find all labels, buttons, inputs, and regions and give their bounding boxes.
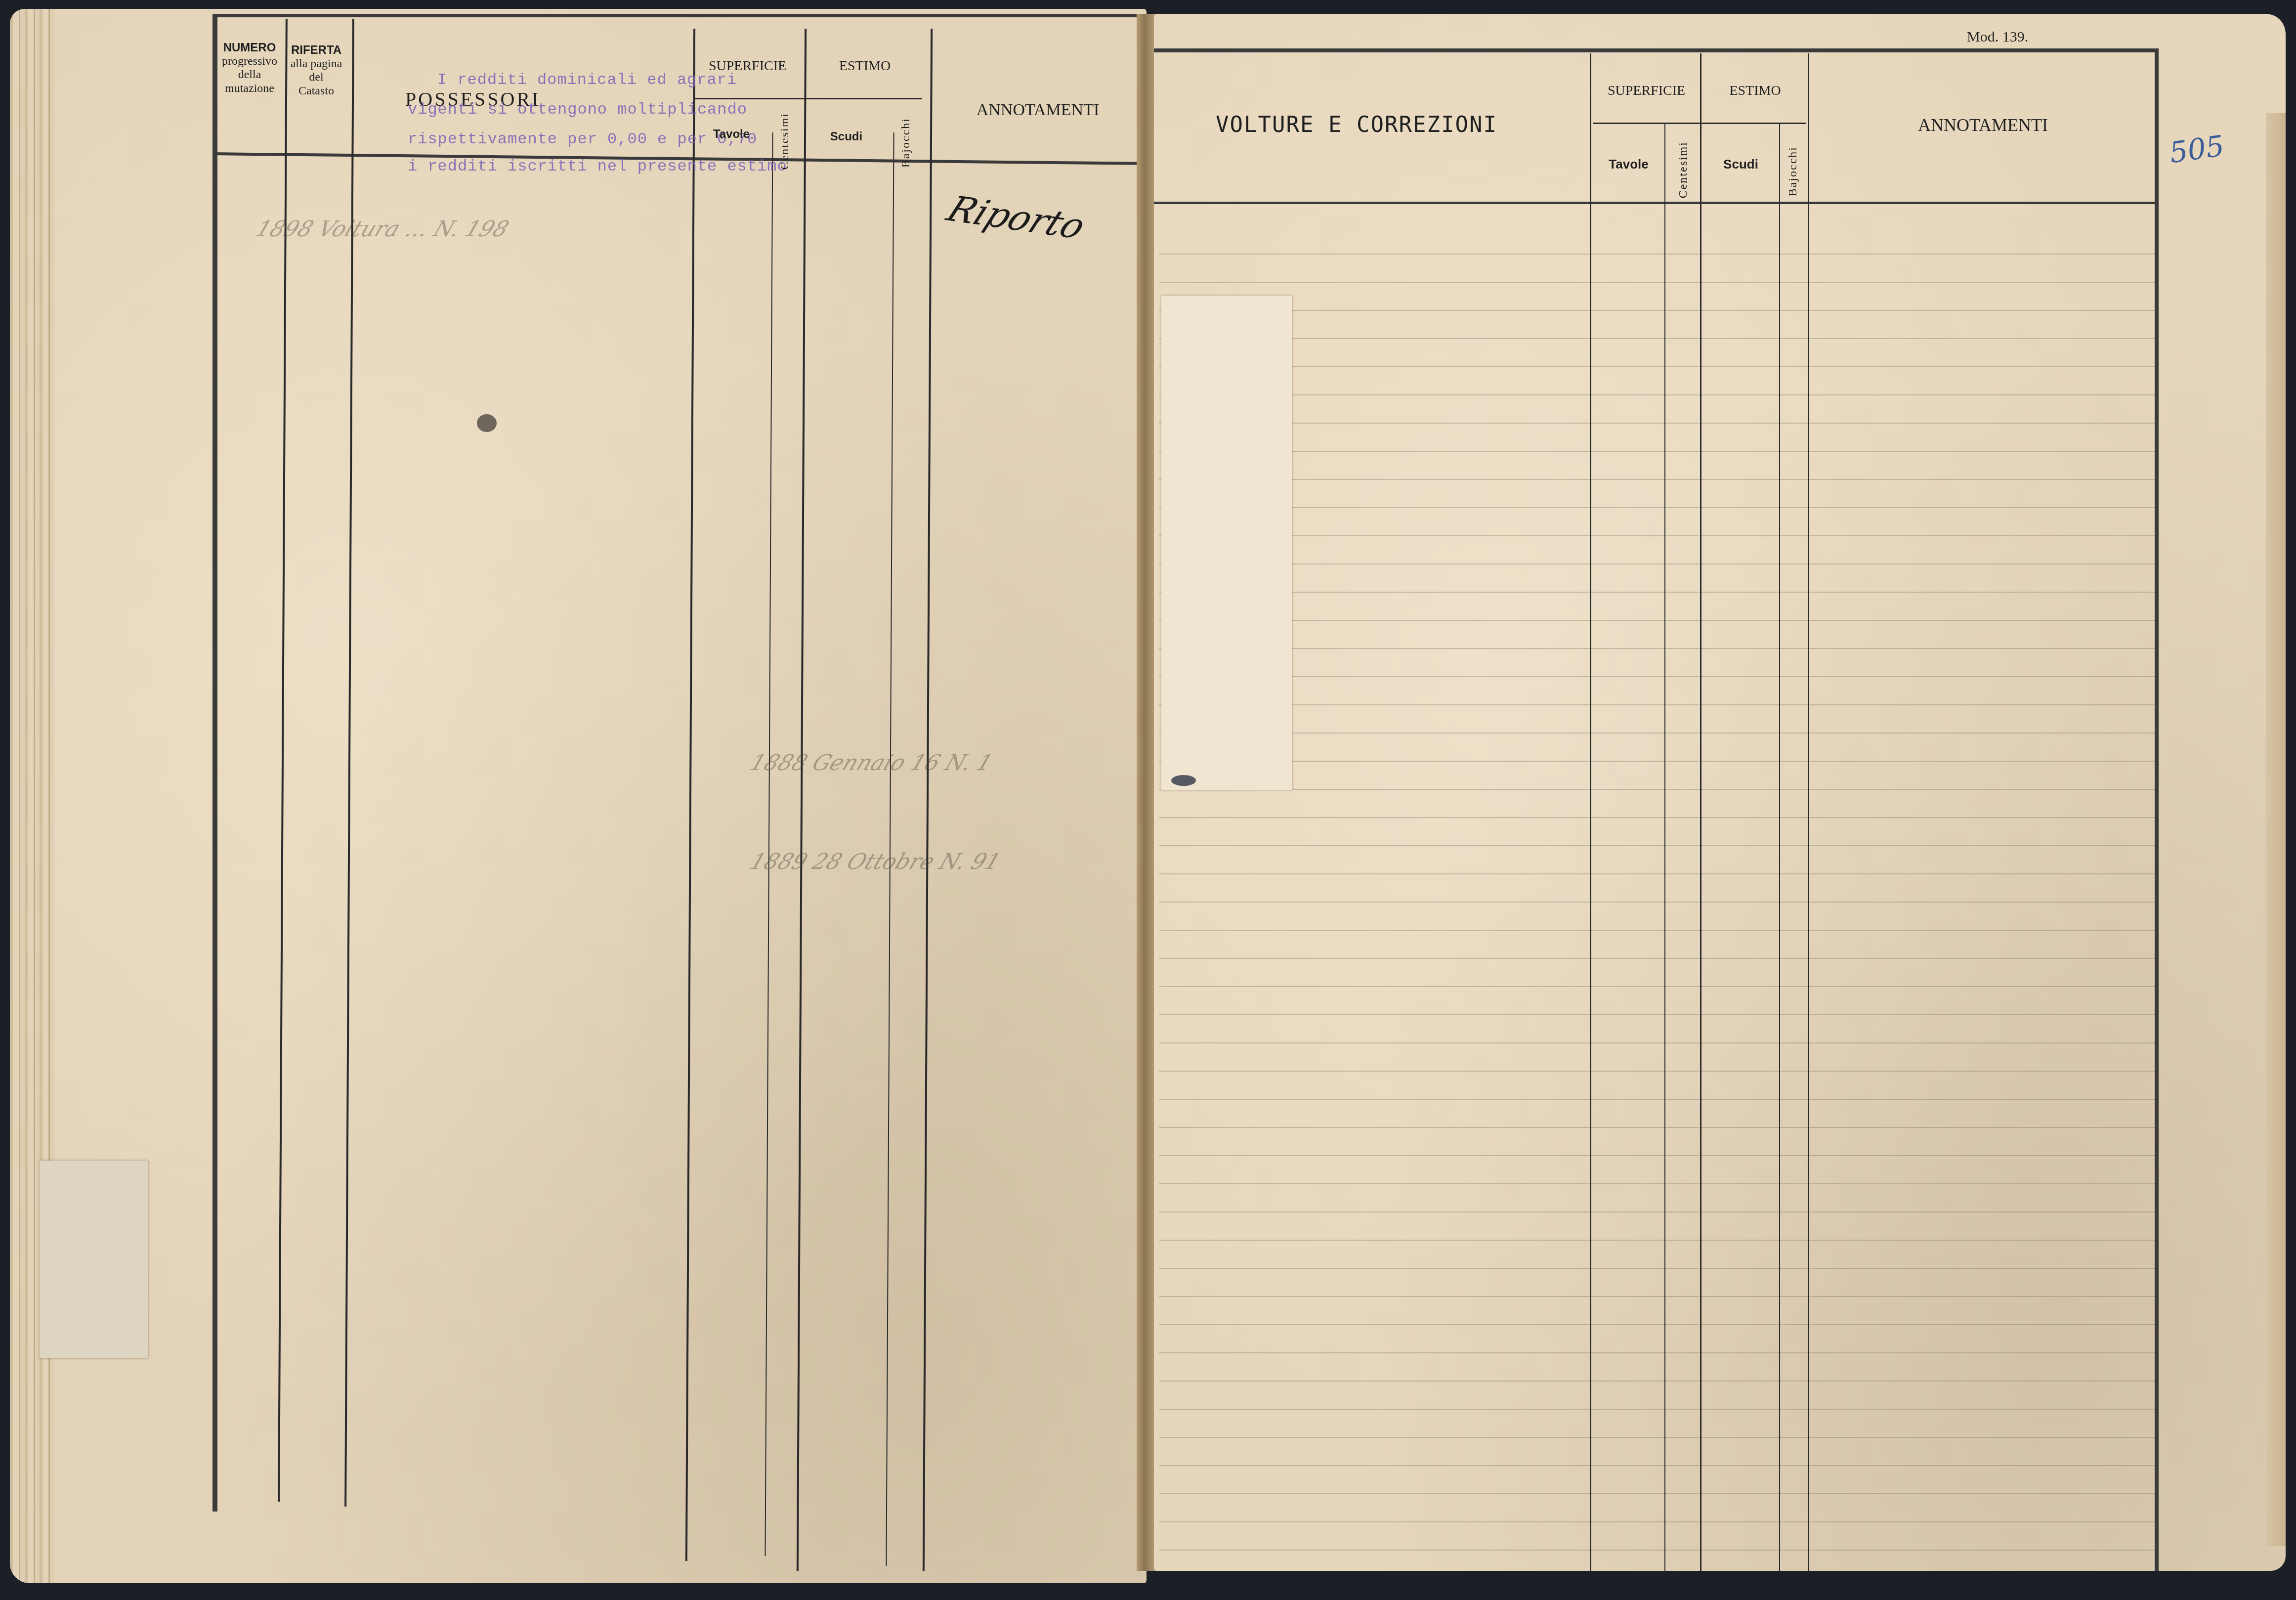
col-divider-sub-1	[765, 132, 773, 1556]
stamp-line-4: i redditi iscritti nel presente estimo	[408, 157, 787, 175]
paper-repair-strip	[1161, 296, 1292, 790]
header-tavole: Tavole	[694, 128, 768, 141]
paper-repair-patch	[40, 1161, 148, 1358]
col-divider-sub-2	[1779, 123, 1780, 1571]
col-divider-1	[1590, 53, 1591, 1571]
header-annotamenti: ANNOTAMENTI	[1811, 115, 2155, 135]
stamp-line-2: vigenti si ottengono moltiplicando	[408, 100, 747, 119]
header-scudi: Scudi	[1702, 157, 1779, 172]
frame-top-line	[213, 14, 1147, 17]
page-edge	[2266, 113, 2286, 1546]
stamp-line-1: I redditi dominicali ed agrari	[437, 71, 737, 89]
ink-stain	[477, 414, 497, 432]
left-page: NUMERO progressivo della mutazione RIFER…	[10, 9, 1147, 1583]
header-riferta-sub-2: del	[284, 71, 348, 85]
right-page: VOLTURE E CORREZIONI SUPERFICIE Tavole C…	[1154, 14, 2286, 1571]
header-bottom-line	[1154, 202, 2157, 204]
header-riferta-sub-1: alla pagina	[284, 57, 348, 71]
header-centesimi: Centesimi	[778, 113, 792, 170]
book-gutter	[1137, 14, 1156, 1571]
header-bajocchi: Bajocchi	[899, 118, 913, 168]
header-scudi: Scudi	[803, 130, 890, 144]
header-tavole: Tavole	[1593, 157, 1664, 172]
subheader-line	[694, 98, 922, 99]
faint-entry-1: 1898 Voltura … N. 198	[253, 216, 512, 242]
handwritten-riporto: Riporto	[941, 188, 1092, 247]
ruled-lines	[1159, 226, 2157, 1561]
header-numero-sub-2: della	[217, 68, 282, 82]
header-numero-sub-3: mutazione	[217, 82, 282, 96]
col-divider-4	[797, 29, 807, 1571]
col-divider-3	[685, 29, 695, 1561]
header-riferta: RIFERTA alla pagina del Catasto	[284, 43, 348, 98]
header-estimo: ESTIMO	[803, 58, 927, 74]
handwritten-page-number: 505	[2168, 129, 2226, 170]
header-numero: NUMERO progressivo della mutazione	[217, 41, 282, 95]
subheader-line	[1593, 123, 1806, 124]
header-estimo: ESTIMO	[1702, 83, 1808, 99]
header-riferta-sub-3: Catasto	[284, 85, 348, 98]
header-annotamenti: ANNOTAMENTI	[929, 100, 1147, 120]
header-centesimi: Centesimi	[1677, 141, 1690, 198]
frame-top-line	[1154, 48, 2157, 52]
frame-right-line	[2155, 48, 2159, 1571]
header-superficie: SUPERFICIE	[1593, 83, 1700, 99]
col-divider-sub-1	[1664, 123, 1665, 1571]
col-divider-2	[1700, 53, 1701, 1571]
form-code: Mod. 139.	[1967, 29, 2028, 46]
header-riferta-title: RIFERTA	[284, 43, 348, 57]
frame-left-double-line	[213, 14, 217, 1512]
faint-entry-2: 1888 Gennaio 16 N. 1	[747, 750, 996, 776]
col-divider-3	[1808, 53, 1809, 1571]
col-divider-2	[344, 19, 354, 1507]
ink-stain	[1171, 775, 1196, 786]
header-numero-title: NUMERO	[217, 41, 282, 55]
col-divider-5	[923, 29, 933, 1571]
header-numero-sub-1: progressivo	[217, 55, 282, 69]
header-volture-correzioni: VOLTURE E CORREZIONI	[1184, 113, 1530, 138]
header-superficie: SUPERFICIE	[694, 58, 801, 74]
header-bajocchi: Bajocchi	[1786, 146, 1800, 196]
faint-entry-3: 1889 28 Ottobre N. 91	[747, 849, 1004, 874]
